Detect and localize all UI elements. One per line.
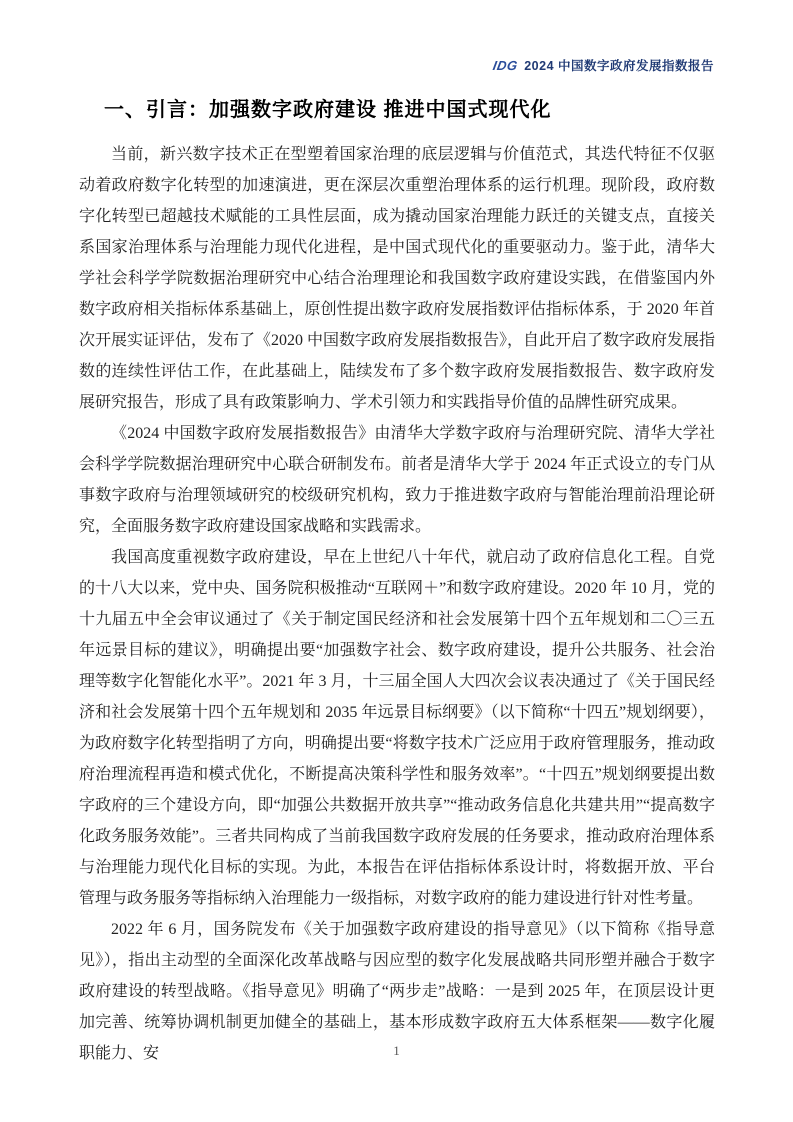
header-report-title: 2024 中国数字政府发展指数报告 xyxy=(524,56,714,74)
page-header: IDG 2024 中国数字政府发展指数报告 xyxy=(493,56,714,74)
report-logo-icon: IDG xyxy=(491,58,518,73)
paragraph-introduction: 当前，新兴数字技术正在型塑着国家治理的底层逻辑与价值范式，其迭代特征不仅驱动着政… xyxy=(79,139,715,418)
page-number: 1 xyxy=(393,1043,400,1058)
document-body: 当前，新兴数字技术正在型塑着国家治理的底层逻辑与价值范式，其迭代特征不仅驱动着政… xyxy=(79,139,715,1069)
paragraph-policy-history: 我国高度重视数字政府建设，早在上世纪八十年代，就启动了政府信息化工程。自党的十八… xyxy=(79,542,715,914)
section-title: 一、引言：加强数字政府建设 推进中国式现代化 xyxy=(104,93,552,122)
page-footer: 1 xyxy=(0,1043,793,1059)
document-page: IDG 2024 中国数字政府发展指数报告 一、引言：加强数字政府建设 推进中国… xyxy=(0,0,793,1122)
paragraph-report-publishers: 《2024 中国数字政府发展指数报告》由清华大学数字政府与治理研究院、清华大学社… xyxy=(79,418,715,542)
